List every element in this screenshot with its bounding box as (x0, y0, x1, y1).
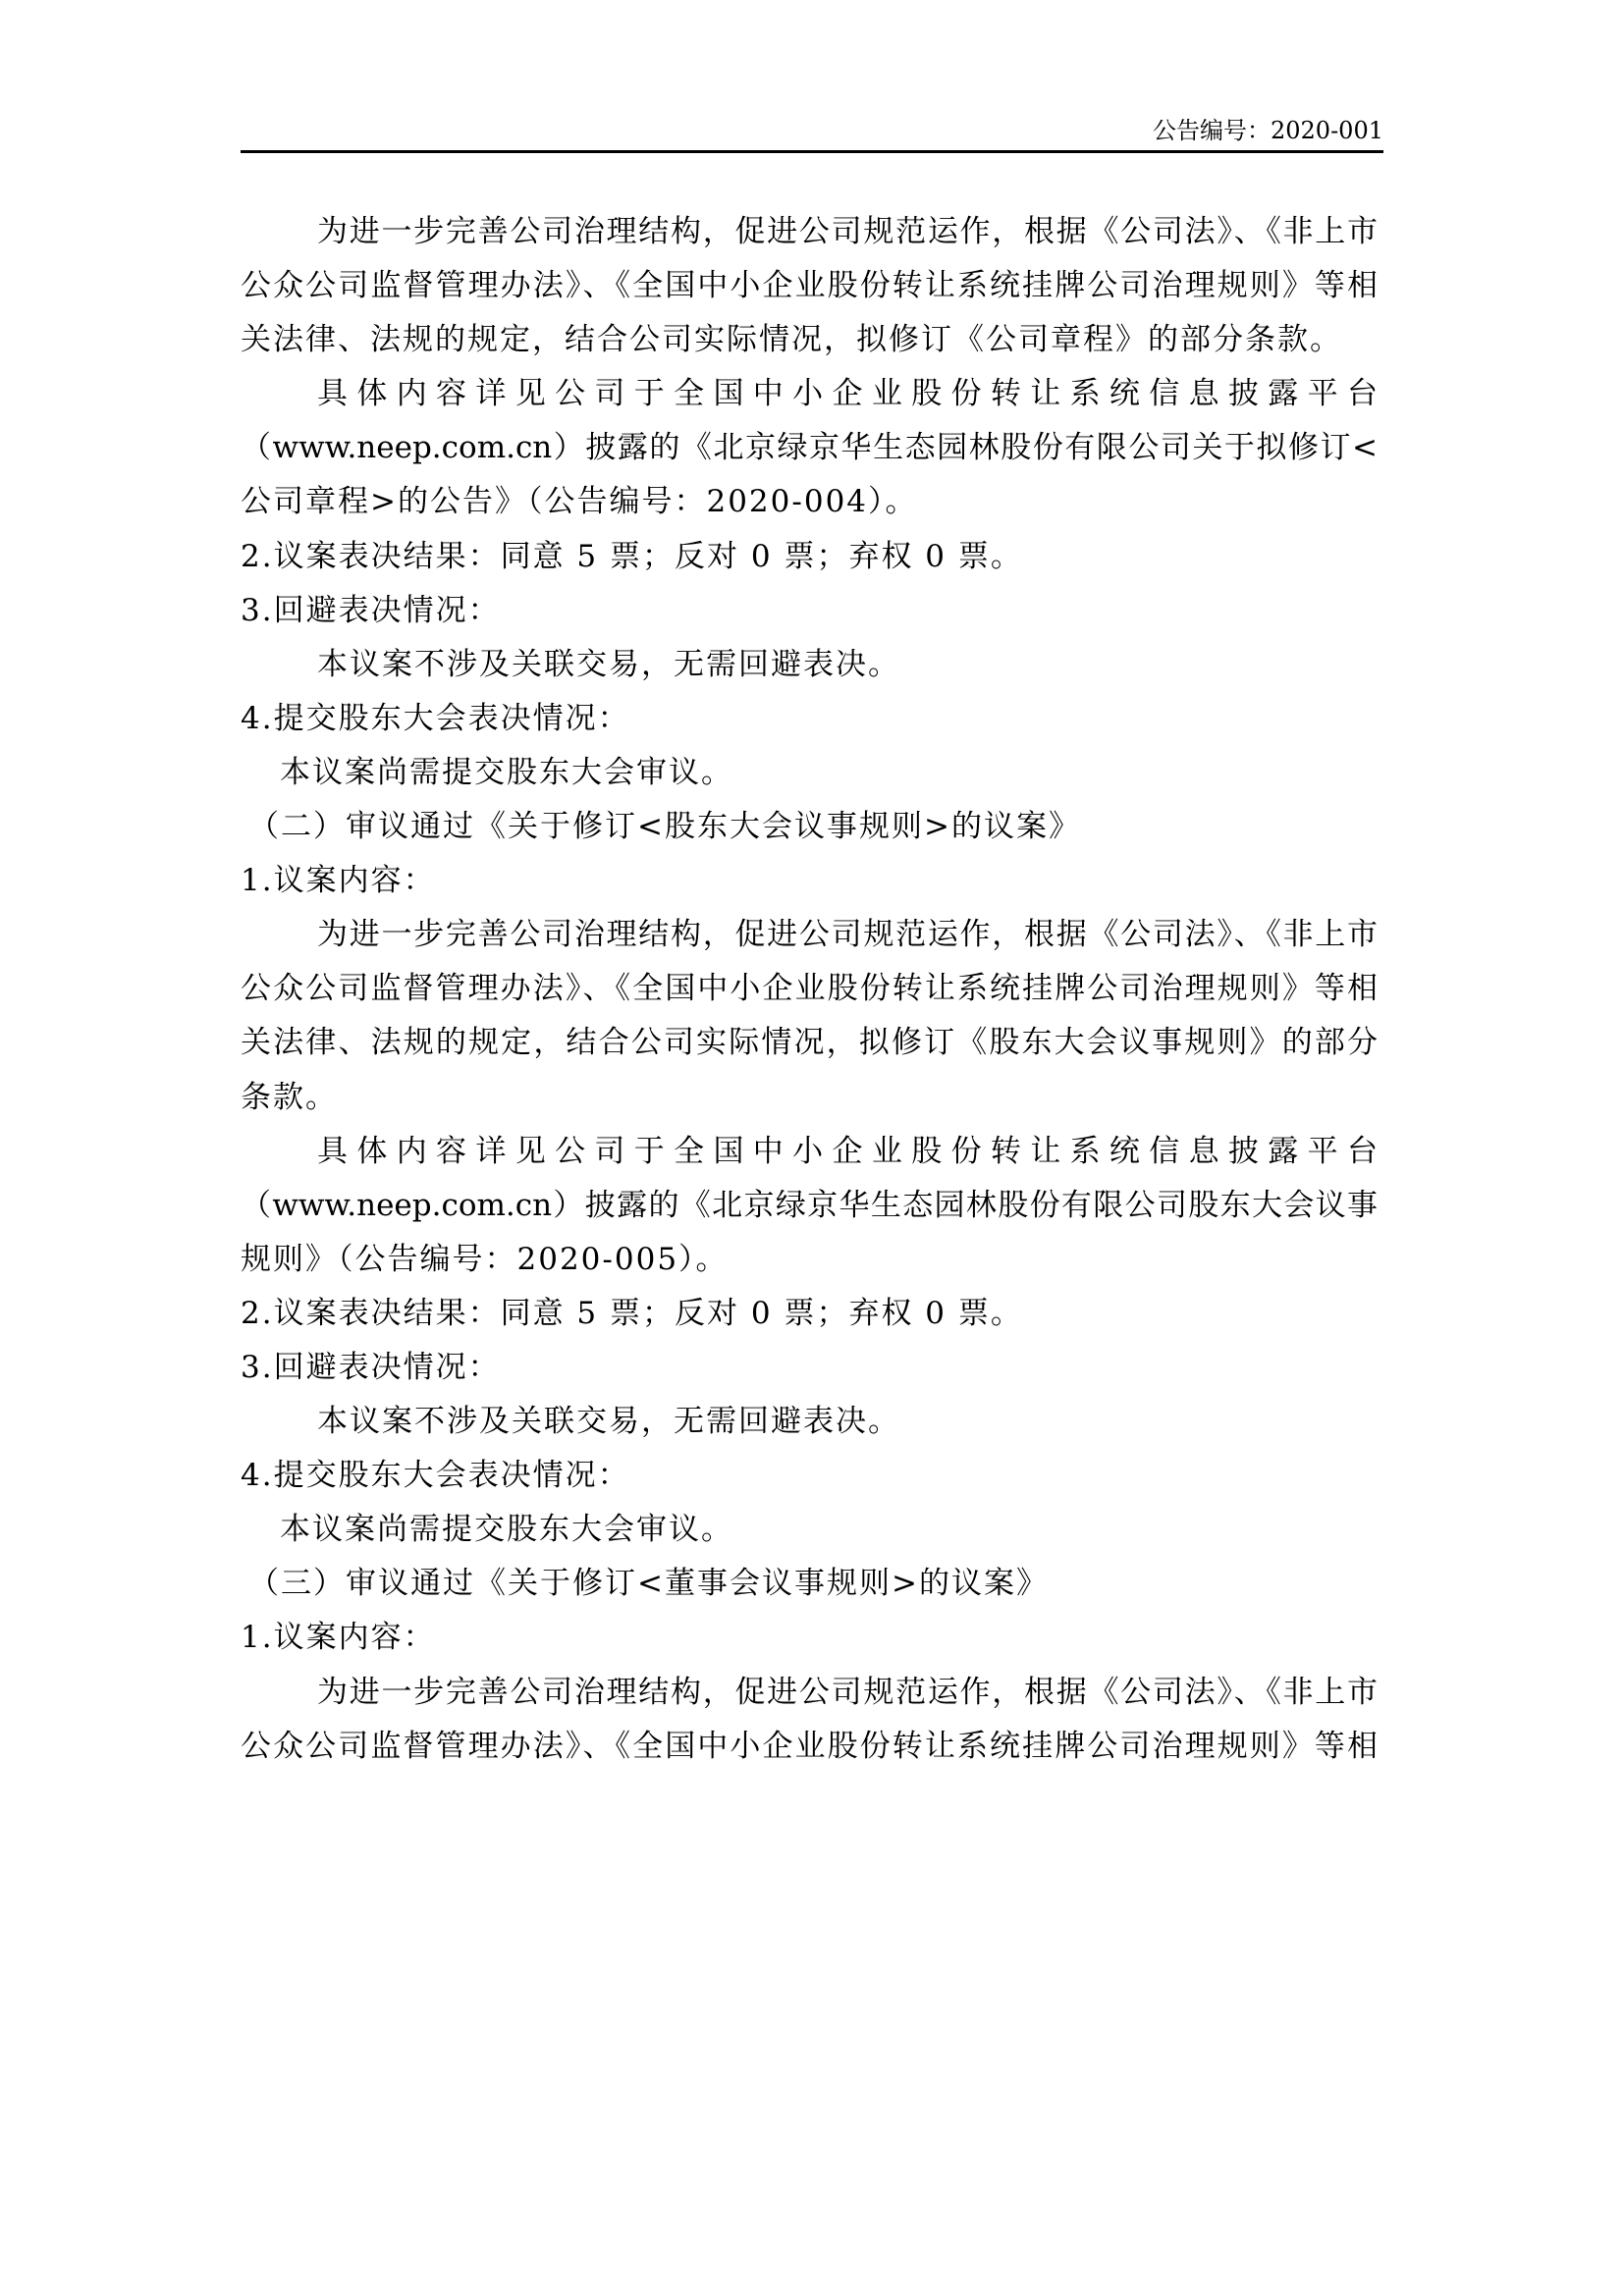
paragraph-line: 公众公司监督管理办法》、《全国中小企业股份转让系统挂牌公司治理规则》等相 (241, 259, 1378, 313)
document-body: 为进一步完善公司治理结构，促进公司规范运作，根据《公司法》、《非上市 公众公司监… (241, 205, 1378, 1774)
recusal-text: 本议案不涉及关联交易，无需回避表决。 (241, 1395, 1378, 1449)
paragraph-line: 关法律、法规的规定，结合公司实际情况，拟修订《股东大会议事规则》的部分 (241, 1016, 1378, 1070)
paragraph-line: 关法律、法规的规定，结合公司实际情况，拟修订《公司章程》的部分条款。 (241, 313, 1378, 367)
section-heading: （三）审议通过《关于修订<董事会议事规则>的议案》 (241, 1557, 1378, 1611)
shareholder-meeting-heading: 4.提交股东大会表决情况： (241, 692, 1378, 746)
shareholder-meeting-text: 本议案尚需提交股东大会审议。 (241, 1503, 1378, 1557)
section-heading: （二）审议通过《关于修订<股东大会议事规则>的议案》 (241, 800, 1378, 854)
paragraph-line: 公众公司监督管理办法》、《全国中小企业股份转让系统挂牌公司治理规则》等相 (241, 962, 1378, 1016)
vote-result: 2.议案表决结果：同意 5 票；反对 0 票；弃权 0 票。 (241, 1287, 1378, 1341)
recusal-text: 本议案不涉及关联交易，无需回避表决。 (241, 638, 1378, 692)
paragraph-line: （www.neep.com.cn）披露的《北京绿京华生态园林股份有限公司关于拟修… (241, 421, 1378, 475)
paragraph-line: 条款。 (241, 1071, 1378, 1125)
paragraph-line: （www.neep.com.cn）披露的《北京绿京华生态园林股份有限公司股东大会… (241, 1179, 1378, 1233)
shareholder-meeting-heading: 4.提交股东大会表决情况： (241, 1449, 1378, 1503)
announcement-number: 公告编号：2020-001 (1153, 116, 1383, 145)
header-rule (241, 150, 1383, 153)
document-page: 公告编号：2020-001 为进一步完善公司治理结构，促进公司规范运作，根据《公… (0, 0, 1624, 2296)
shareholder-meeting-text: 本议案尚需提交股东大会审议。 (241, 746, 1378, 800)
paragraph-line: 具体内容详见公司于全国中小企业股份转让系统信息披露平台 (241, 367, 1378, 421)
proposal-content-heading: 1.议案内容： (241, 854, 1378, 908)
paragraph-line: 公众公司监督管理办法》、《全国中小企业股份转让系统挂牌公司治理规则》等相 (241, 1720, 1378, 1774)
paragraph-line: 公司章程>的公告》（公告编号：2020-004）。 (241, 475, 1378, 529)
vote-result: 2.议案表决结果：同意 5 票；反对 0 票；弃权 0 票。 (241, 530, 1378, 584)
paragraph-line: 具体内容详见公司于全国中小企业股份转让系统信息披露平台 (241, 1125, 1378, 1179)
recusal-heading: 3.回避表决情况： (241, 1341, 1378, 1395)
paragraph-line: 为进一步完善公司治理结构，促进公司规范运作，根据《公司法》、《非上市 (241, 205, 1378, 259)
paragraph-line: 规则》（公告编号：2020-005）。 (241, 1233, 1378, 1287)
recusal-heading: 3.回避表决情况： (241, 584, 1378, 638)
paragraph-line: 为进一步完善公司治理结构，促进公司规范运作，根据《公司法》、《非上市 (241, 908, 1378, 962)
paragraph-line: 为进一步完善公司治理结构，促进公司规范运作，根据《公司法》、《非上市 (241, 1666, 1378, 1720)
proposal-content-heading: 1.议案内容： (241, 1611, 1378, 1665)
